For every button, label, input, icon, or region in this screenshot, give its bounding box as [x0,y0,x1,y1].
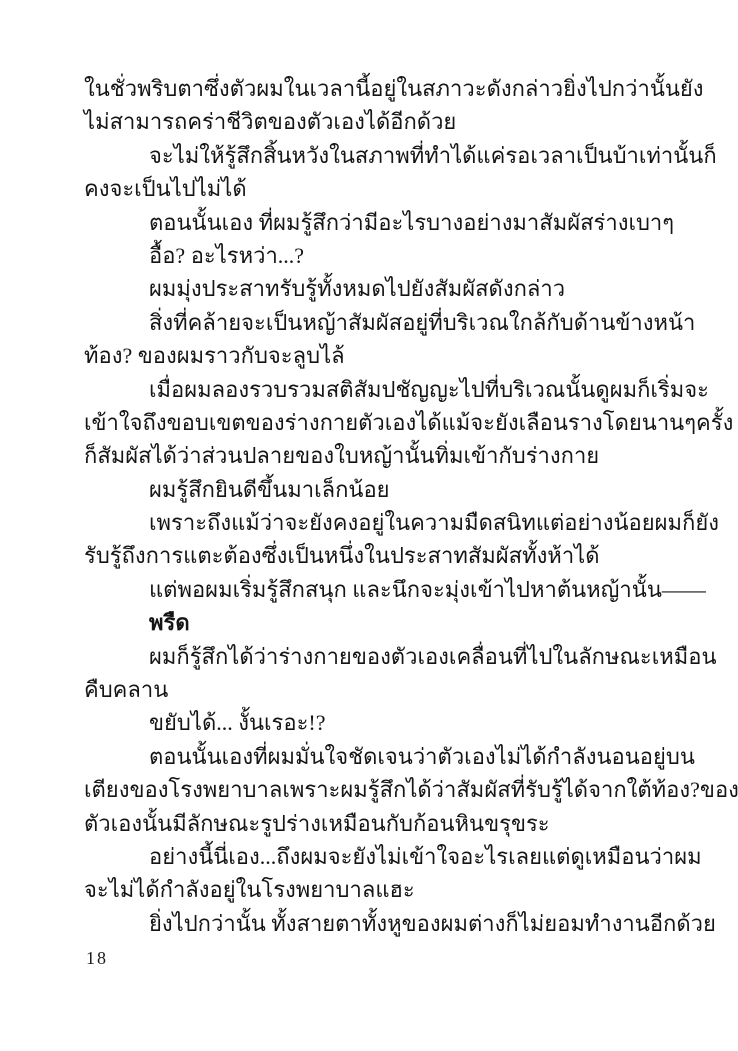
text-line: ตอนนั้นเอง ที่ผมรู้สึกว่ามีอะไรบางอย่างม… [84,206,656,239]
text-phrase: ผมก็เริ่มจะ [610,373,709,406]
text-phrase: ก็ [703,139,716,172]
text-phrase: ยิ่งไปกว่านั้น [563,72,680,105]
text-phrase: จะไม่ให้รู้สึกสิ้นหวังในสภาพที่ทำได้แค่ร… [149,139,703,172]
text-phrase: อย่างนี้นี่เอง... [149,840,276,873]
text-line: คงจะเป็นไปไม่ได้ [84,172,656,205]
page-number: 18 [86,948,108,969]
text-line: รับรู้ถึงการแตะต้องซึ่งเป็นหนึ่งในประสาท… [84,539,656,572]
text-phrase: สิ่งที่คล้ายจะเป็นหญ้าสัมผัสอยู่ที่บริเว… [149,306,695,339]
text-line: ในชั่วพริบตาซึ่งตัวผมในเวลานี้อยู่ในสภาว… [84,72,656,105]
text-line: จะไม่ได้กำลังอยู่ในโรงพยาบาลแฮะ [84,873,656,906]
text-line: เข้าใจถึงขอบเขตของร่างกายตัวเองได้แม้จะย… [84,406,656,439]
text-line: เตียงของโรงพยาบาลเพราะผมรู้สึกได้ว่าสัมผ… [84,773,656,806]
sound-effect-line: พรืด [84,606,656,639]
text-phrase: เพราะถึงแม้ว่าจะยังคงอยู่ในความมืดสนิท [149,506,536,539]
text-phrase: ผมก็รู้สึกได้ว่าร่างกายของตัวเองเคลื่อนท… [149,640,717,673]
text-line: อย่างนี้นี่เอง...ถึงผมจะยังไม่เข้าใจอะไร… [84,840,656,873]
text-line: ยิ่งไปกว่านั้น ทั้งสายตาทั้งหูของผมต่างก… [84,907,656,940]
text-line: จะไม่ให้รู้สึกสิ้นหวังในสภาพที่ทำได้แค่ร… [84,139,656,172]
text-phrase: ครั้ง [696,406,733,439]
text-line: คืบคลาน [84,673,656,706]
text-line: อื้อ? อะไรหว่า...? [84,239,656,272]
text-phrase: เมื่อผมลองรวบรวมสติสัมปชัญญะไปที่บริเวณน… [149,373,610,406]
text-phrase: แต่ดูเหมือนว่าผม [542,840,702,873]
text-phrase: ยัง [680,72,704,105]
text-phrase: เข้าใจถึงขอบเขตของร่างกายตัวเองได้แม้จะย… [84,406,603,439]
text-line: ผมมุ่งประสาทรับรู้ทั้งหมดไปยังสัมผัสดังก… [84,272,656,305]
text-line: แต่พอผมเริ่มรู้สึกสนุก และนึกจะมุ่งเข้าไ… [84,573,656,606]
body-text: ในชั่วพริบตาซึ่งตัวผมในเวลานี้อยู่ในสภาว… [84,72,656,940]
text-phrase: ในชั่วพริบตา [84,72,204,105]
text-line: ไม่สามารถคร่าชีวิตของตัวเองได้อีกด้วย [84,105,656,138]
text-line: ตอนนั้นเองที่ผมมั่นใจชัดเจนว่าตัวเองไม่ไ… [84,740,656,773]
text-line: ผมก็รู้สึกได้ว่าร่างกายของตัวเองเคลื่อนท… [84,640,656,673]
text-phrase: เตียงของโรงพยาบาล [84,773,282,806]
text-line: เมื่อผมลองรวบรวมสติสัมปชัญญะไปที่บริเวณน… [84,373,656,406]
text-line: ก็สัมผัสได้ว่าส่วนปลายของใบหญ้านั้นทิ่มเ… [84,439,656,472]
text-line: ผมรู้สึกยินดีขึ้นมาเล็กน้อย [84,473,656,506]
text-line: เพราะถึงแม้ว่าจะยังคงอยู่ในความมืดสนิทแต… [84,506,656,539]
text-phrase: ที่ผมมั่นใจชัดเจนว่าตัวเองไม่ได้กำลังนอน… [253,740,695,773]
text-phrase: เพราะผมรู้สึกได้ว่าสัมผัสที่รับรู้ได้จาก… [282,773,700,806]
text-phrase: โดยนานๆ [603,406,696,439]
text-line: ตัวเองนั้นมีลักษณะรูปร่างเหมือนกับก้อนหิ… [84,807,656,840]
text-line: ท้อง? ของผมราวกับจะลูบไล้ [84,339,656,372]
book-page: ในชั่วพริบตาซึ่งตัวผมในเวลานี้อยู่ในสภาว… [0,0,738,1051]
text-phrase: ของ [700,773,738,806]
text-line: สิ่งที่คล้ายจะเป็นหญ้าสัมผัสอยู่ที่บริเว… [84,306,656,339]
text-line: ขยับได้... งั้นเรอะ!? [84,706,656,739]
text-phrase: แต่อย่างน้อยผมก็ยัง [536,506,719,539]
text-phrase: ถึงผมจะยังไม่เข้าใจอะไรเลย [276,840,542,873]
text-phrase: ตอนนั้นเอง [149,740,253,773]
text-phrase: ซึ่งตัวผมในเวลานี้อยู่ในสภาวะดังกล่าว [204,72,563,105]
